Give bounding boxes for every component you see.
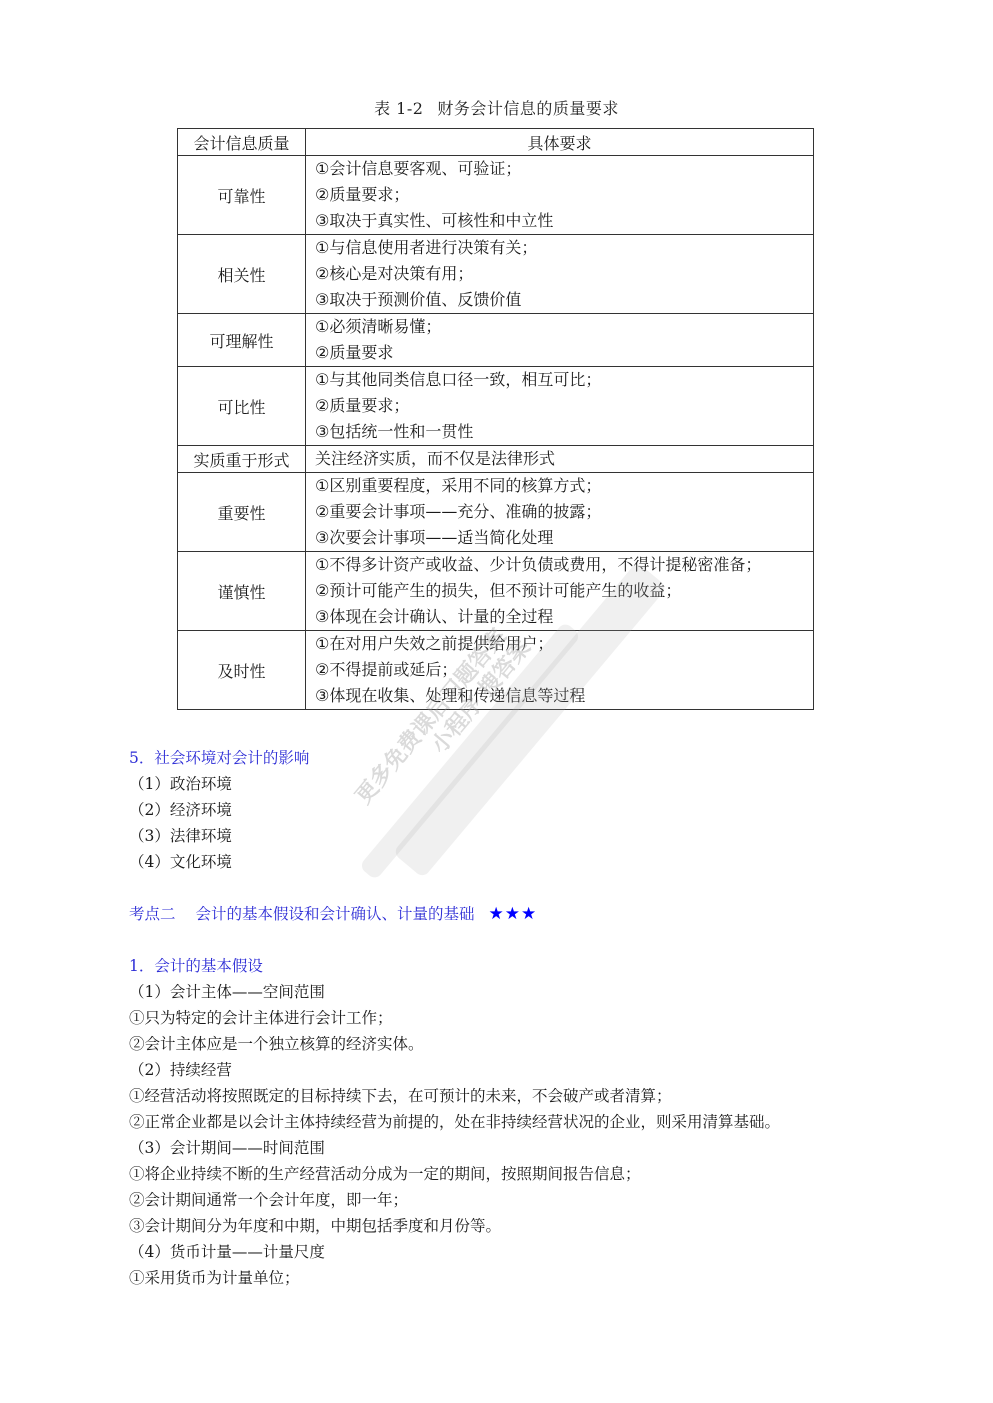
table-row: 相关性 ①与信息使用者进行决策有关； ②核心是对决策有用； ③取决于预测价值、反…: [178, 235, 814, 314]
table-row: 可比性 ①与其他同类信息口径一致，相互可比； ②质量要求； ③包括统一性和一贯性: [178, 367, 814, 446]
quality-cell: 可理解性: [178, 314, 306, 367]
quality-cell: 及时性: [178, 631, 306, 710]
section5-heading: 5．社会环境对会计的影响: [129, 745, 309, 771]
quality-cell: 可比性: [178, 367, 306, 446]
requirements-cell: ①不得多计资产或收益、少计负债或费用，不得计提秘密准备； ②预计可能产生的损失，…: [306, 552, 814, 631]
section5-item: （4）文化环境: [129, 849, 232, 875]
requirement-line: ①区别重要程度，采用不同的核算方式；: [315, 473, 813, 499]
table-row: 谨慎性 ①不得多计资产或收益、少计负债或费用，不得计提秘密准备； ②预计可能产生…: [178, 552, 814, 631]
table-caption-title: 财务会计信息的质量要求: [437, 99, 619, 118]
requirements-cell: ①在对用户失效之前提供给用户； ②不得提前或延后； ③体现在收集、处理和传递信息…: [306, 631, 814, 710]
requirements-cell: 关注经济实质，而不仅是法律形式: [306, 446, 814, 473]
requirements-cell: ①与其他同类信息口径一致，相互可比； ②质量要求； ③包括统一性和一贯性: [306, 367, 814, 446]
section1-line: ②正常企业都是以会计主体持续经营为前提的，处在非持续经营状况的企业，则采用清算基…: [129, 1109, 780, 1135]
table-header-row: 会计信息质量 具体要求: [178, 129, 814, 156]
requirement-line: ③体现在收集、处理和传递信息等过程: [315, 683, 813, 709]
requirement-line: ②不得提前或延后；: [315, 657, 813, 683]
section5-item: （1）政治环境: [129, 771, 232, 797]
requirement-line: ①与信息使用者进行决策有关；: [315, 235, 813, 261]
quality-requirements-table: 会计信息质量 具体要求 可靠性 ①会计信息要客观、可验证； ②质量要求； ③取决…: [177, 128, 814, 710]
requirement-line: ③体现在会计确认、计量的全过程: [315, 604, 813, 630]
section1-heading: 1．会计的基本假设: [129, 953, 263, 979]
section1-line: （3）会计期间——时间范围: [129, 1135, 325, 1161]
kaodian-heading: 考点二会计的基本假设和会计确认、计量的基础★★★: [129, 901, 537, 927]
quality-cell: 可靠性: [178, 156, 306, 235]
section1-line: ②会计主体应是一个独立核算的经济实体。: [129, 1031, 424, 1057]
requirement-line: ②预计可能产生的损失，但不预计可能产生的收益；: [315, 578, 813, 604]
header-quality: 会计信息质量: [178, 129, 306, 156]
quality-cell: 相关性: [178, 235, 306, 314]
section1-line: （4）货币计量——计量尺度: [129, 1239, 325, 1265]
requirement-line: ③取决于真实性、可核性和中立性: [315, 208, 813, 234]
quality-cell: 谨慎性: [178, 552, 306, 631]
table-row: 实质重于形式 关注经济实质，而不仅是法律形式: [178, 446, 814, 473]
header-requirements: 具体要求: [306, 129, 814, 156]
section1-line: ③会计期间分为年度和中期，中期包括季度和月份等。: [129, 1213, 501, 1239]
section1-line: ①只为特定的会计主体进行会计工作；: [129, 1005, 393, 1031]
requirement-line: ②质量要求；: [315, 182, 813, 208]
table-caption-number: 表 1-2: [374, 99, 423, 118]
table-row: 可理解性 ①必须清晰易懂； ②质量要求: [178, 314, 814, 367]
requirement-line: ③包括统一性和一贯性: [315, 419, 813, 445]
requirement-line: ①在对用户失效之前提供给用户；: [315, 631, 813, 657]
requirements-cell: ①必须清晰易懂； ②质量要求: [306, 314, 814, 367]
kaodian-title: 会计的基本假设和会计确认、计量的基础: [196, 905, 475, 923]
requirement-line: ③次要会计事项——适当简化处理: [315, 525, 813, 551]
quality-cell: 实质重于形式: [178, 446, 306, 473]
kaodian-label: 考点二: [129, 905, 176, 923]
requirement-line: ②重要会计事项——充分、准确的披露；: [315, 499, 813, 525]
importance-stars-icon: ★★★: [489, 904, 538, 924]
requirement-line: ②质量要求: [315, 340, 813, 366]
section1-line: （1）会计主体——空间范围: [129, 979, 325, 1005]
section1-line: ②会计期间通常一个会计年度，即一年；: [129, 1187, 408, 1213]
section5-item: （2）经济环境: [129, 797, 232, 823]
section1-line: ①将企业持续不断的生产经营活动分成为一定的期间，按照期间报告信息；: [129, 1161, 641, 1187]
requirement-line: ①必须清晰易懂；: [315, 314, 813, 340]
requirement-line: ②质量要求；: [315, 393, 813, 419]
table-row: 及时性 ①在对用户失效之前提供给用户； ②不得提前或延后； ③体现在收集、处理和…: [178, 631, 814, 710]
requirements-cell: ①区别重要程度，采用不同的核算方式； ②重要会计事项——充分、准确的披露； ③次…: [306, 473, 814, 552]
section1-line: （2）持续经营: [129, 1057, 232, 1083]
quality-cell: 重要性: [178, 473, 306, 552]
table-row: 重要性 ①区别重要程度，采用不同的核算方式； ②重要会计事项——充分、准确的披露…: [178, 473, 814, 552]
table-caption: 表 1-2财务会计信息的质量要求: [0, 96, 993, 119]
requirement-line: ①不得多计资产或收益、少计负债或费用，不得计提秘密准备；: [315, 552, 813, 578]
section1-line: ①采用货币为计量单位；: [129, 1265, 300, 1291]
section5-item: （3）法律环境: [129, 823, 232, 849]
requirement-line: ①会计信息要客观、可验证；: [315, 156, 813, 182]
requirement-line: ②核心是对决策有用；: [315, 261, 813, 287]
requirement-line: ①与其他同类信息口径一致，相互可比；: [315, 367, 813, 393]
requirements-cell: ①会计信息要客观、可验证； ②质量要求； ③取决于真实性、可核性和中立性: [306, 156, 814, 235]
requirement-line: ③取决于预测价值、反馈价值: [315, 287, 813, 313]
table-row: 可靠性 ①会计信息要客观、可验证； ②质量要求； ③取决于真实性、可核性和中立性: [178, 156, 814, 235]
section1-line: ①经营活动将按照既定的目标持续下去，在可预计的未来，不会破产或者清算；: [129, 1083, 672, 1109]
requirement-line: 关注经济实质，而不仅是法律形式: [315, 446, 813, 472]
requirements-cell: ①与信息使用者进行决策有关； ②核心是对决策有用； ③取决于预测价值、反馈价值: [306, 235, 814, 314]
